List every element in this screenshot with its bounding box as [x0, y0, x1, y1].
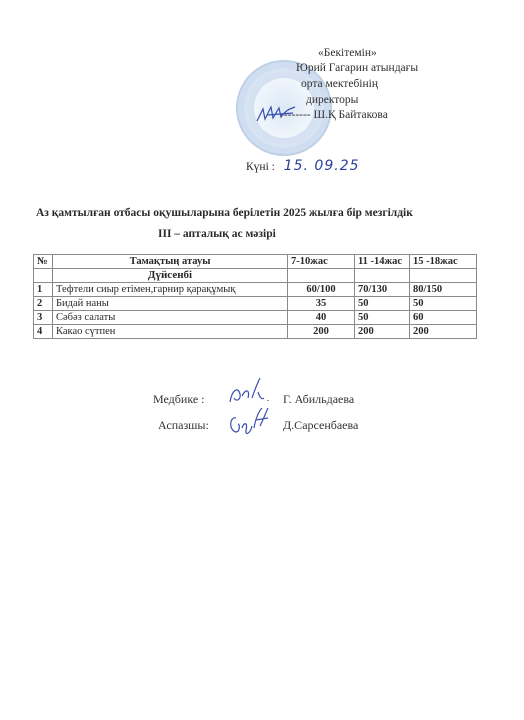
menu-table: № Тамақтың атауы 7-10жас 11 -14жас 15 -1…	[33, 254, 477, 339]
nurse-name: Г. Абильдаева	[283, 392, 354, 407]
header-number: №	[34, 255, 53, 269]
dish-name: Тефтели сиыр етімен,гарнир қарақұмық	[53, 283, 288, 297]
row-number: 4	[34, 325, 53, 339]
document-subtitle: ІІІ – апталық ас мәзірі	[158, 228, 276, 240]
portion-15-18: 50	[410, 297, 477, 311]
portion-11-14: 50	[355, 297, 410, 311]
dish-name: Сәбәз салаты	[53, 311, 288, 325]
row-number: 1	[34, 283, 53, 297]
row-number: 3	[34, 311, 53, 325]
date-row: Күні : 15. 09.25	[246, 158, 360, 174]
approval-school-line-2: орта мектебінің	[301, 78, 378, 90]
date-value: 15. 09.25	[284, 158, 360, 174]
portion-15-18: 60	[410, 311, 477, 325]
director-signature-icon	[255, 103, 300, 125]
portion-7-10: 35	[288, 297, 355, 311]
header-dish-name: Тамақтың атауы	[53, 255, 288, 269]
header-age-11-14: 11 -14жас	[355, 255, 410, 269]
portion-11-14: 200	[355, 325, 410, 339]
table-row: 4 Какао сүтпен 200 200 200	[34, 325, 477, 339]
table-row: 3 Сәбәз салаты 40 50 60	[34, 311, 477, 325]
day-row: Дүйсенбі	[34, 269, 477, 283]
portion-7-10: 60/100	[288, 283, 355, 297]
approval-position: директоры	[306, 94, 358, 106]
portion-11-14: 70/130	[355, 283, 410, 297]
table-row: 2 Бидай наны 35 50 50	[34, 297, 477, 311]
portion-7-10: 40	[288, 311, 355, 325]
nurse-role: Медбике :	[153, 392, 205, 407]
approval-school-line: Юрий Гагарин атындағы	[296, 62, 418, 74]
table-header-row: № Тамақтың атауы 7-10жас 11 -14жас 15 -1…	[34, 255, 477, 269]
dish-name: Какао сүтпен	[53, 325, 288, 339]
cook-name: Д.Сарсенбаева	[283, 418, 358, 433]
dish-name: Бидай наны	[53, 297, 288, 311]
header-age-15-18: 15 -18жас	[410, 255, 477, 269]
row-number: 2	[34, 297, 53, 311]
table-row: 1 Тефтели сиыр етімен,гарнир қарақұмық 6…	[34, 283, 477, 297]
cook-signature-icon	[226, 404, 272, 438]
date-label: Күні :	[246, 161, 275, 173]
cook-role: Аспазшы:	[158, 418, 209, 433]
approval-heading: «Бекітемін»	[318, 47, 377, 59]
document-title: Аз қамтылған отбасы оқушыларына берілеті…	[36, 207, 413, 219]
header-age-7-10: 7-10жас	[288, 255, 355, 269]
portion-15-18: 200	[410, 325, 477, 339]
portion-15-18: 80/150	[410, 283, 477, 297]
day-label: Дүйсенбі	[53, 269, 288, 283]
portion-11-14: 50	[355, 311, 410, 325]
portion-7-10: 200	[288, 325, 355, 339]
